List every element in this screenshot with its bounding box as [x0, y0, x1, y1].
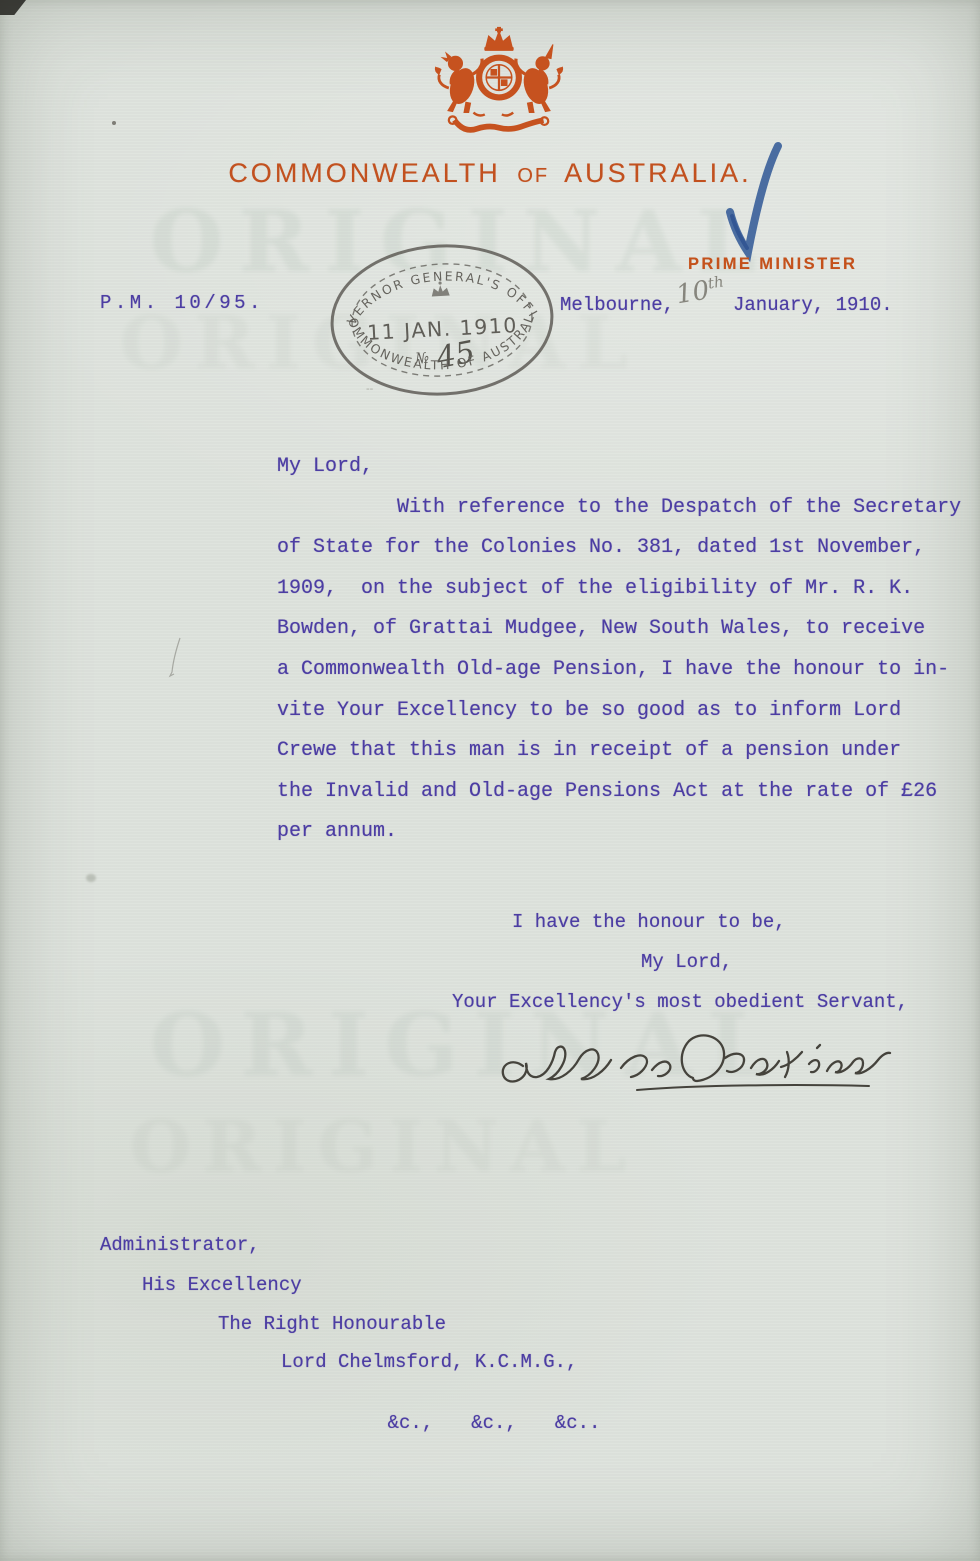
stray-pen-mark [168, 636, 184, 680]
checkmark-icon [722, 140, 784, 264]
signature-autograph [497, 1026, 921, 1106]
recipient-line-administrator: Administrator, [100, 1234, 260, 1256]
letter-body: My Lord, With reference to the Despatch … [277, 447, 967, 853]
body-line: Bowden, of Grattai Mudgee, New South Wal… [277, 609, 967, 650]
body-line: a Commonwealth Old-age Pension, I have t… [277, 650, 967, 691]
paper-smudge [86, 874, 96, 882]
closing-line-3: Your Excellency's most obedient Servant, [452, 991, 908, 1013]
recipient-line-right-honourable: The Right Honourable [218, 1313, 446, 1335]
body-line: With reference to the Despatch of the Se… [277, 488, 967, 529]
body-line: the Invalid and Old-age Pensions Act at … [277, 772, 967, 813]
ink-speck [112, 121, 116, 125]
watermark-ghost-text: ORIGINAL [150, 192, 980, 291]
recipient-line-etceteras: &c.,&c.,&c.. [342, 1390, 600, 1456]
body-line: Crewe that this man is in receipt of a p… [277, 731, 967, 772]
page-title: COMMONWEALTH OF AUSTRALIA. [0, 158, 980, 189]
salutation: My Lord, [277, 447, 967, 488]
governor-general-office-stamp: GOVERNOR GENERAL'S OFFICE 11 JAN. 1910 №… [321, 234, 563, 406]
etc-token: &c., [388, 1412, 434, 1434]
recipient-line-lord-chelmsford: Lord Chelmsford, K.C.M.G., [281, 1351, 577, 1373]
title-word-commonwealth: COMMONWEALTH [228, 158, 501, 188]
watermark-ghost-text: ORIGINAL [130, 1105, 980, 1188]
closing-line-1: I have the honour to be, [512, 911, 786, 933]
etc-token: &c.. [555, 1412, 601, 1434]
letter-page: ORIGINAL ORIGINAL ORIGINAL ORIGINAL -- [0, 0, 980, 1561]
closing-line-2: My Lord, [641, 951, 732, 973]
reference-number: P.M. 10/95. [100, 292, 264, 314]
body-line: vite Your Excellency to be so good as to… [277, 691, 967, 732]
dateline-day-suffix: th [707, 272, 725, 292]
recipient-line-his-excellency: His Excellency [142, 1274, 302, 1296]
body-line: 1909, on the subject of the eligibility … [277, 569, 967, 610]
etc-token: &c., [471, 1412, 517, 1434]
body-line: of State for the Colonies No. 381, dated… [277, 528, 967, 569]
title-word-of: OF [511, 165, 555, 187]
dateline-place: Melbourne, [560, 294, 674, 316]
body-line: per annum. [277, 812, 967, 853]
photo-corner-mark [0, 0, 26, 15]
dateline-day-handwritten: 10th [674, 272, 727, 310]
dateline-month-year: January, 1910. [733, 294, 893, 316]
office-label: PRIME MINISTER [688, 255, 857, 274]
royal-coat-of-arms-icon [428, 26, 570, 148]
